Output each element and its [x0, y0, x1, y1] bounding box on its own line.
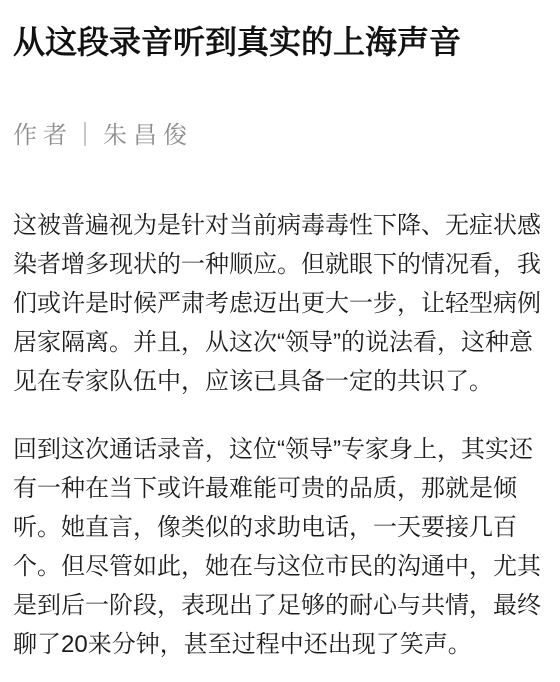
paragraph-2: 回到这次通话录音，这位“领导”专家身上，其实还有一种在当下或许最难能可贵的品质，…	[13, 430, 547, 664]
byline: 作者｜朱昌俊	[13, 120, 547, 152]
article-title: 从这段录音听到真实的上海声音	[13, 20, 547, 65]
paragraph-1: 这被普遍视为是针对当前病毒毒性下降、无症状感染者增多现状的一种顺应。但就眼下的情…	[13, 206, 547, 401]
article-page: 从这段录音听到真实的上海声音 作者｜朱昌俊 这被普遍视为是针对当前病毒毒性下降、…	[0, 0, 560, 664]
